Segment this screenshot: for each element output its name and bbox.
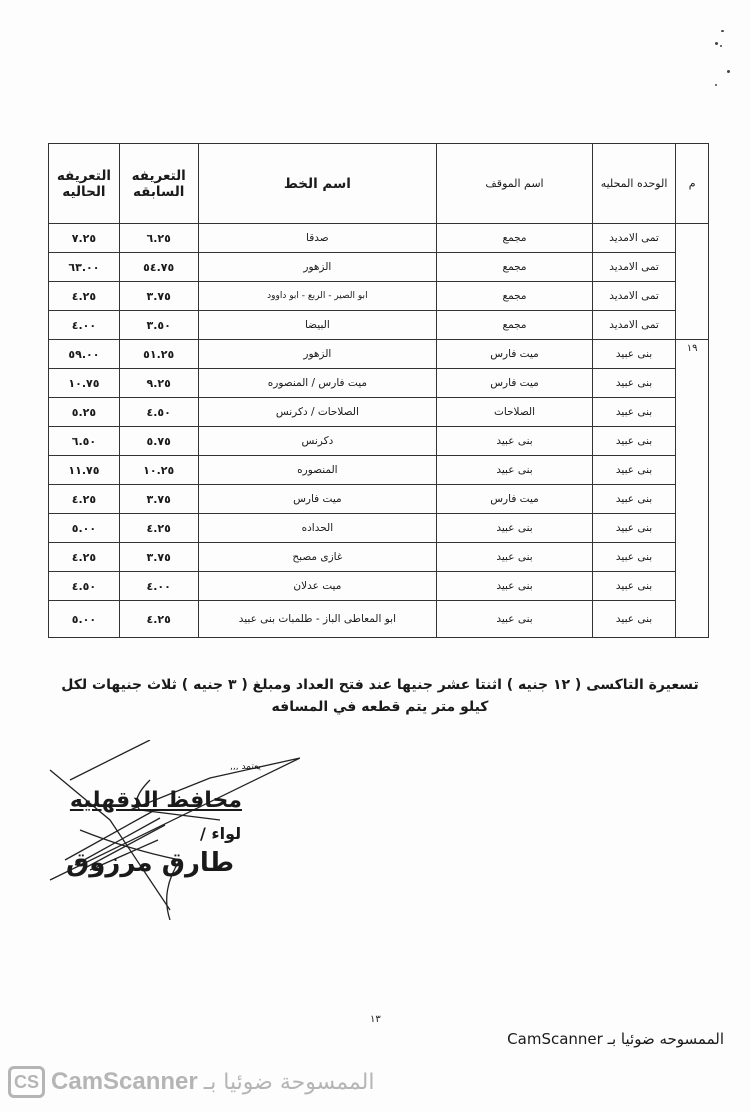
cur-fare-cell: ١١.٧٥: [49, 456, 120, 485]
prev-fare-cell: ٥.٧٥: [119, 427, 198, 456]
watermark-arabic: الممسوحة ضوئيا بـ: [204, 1070, 375, 1095]
cur-fare-cell: ٥.٠٠: [49, 601, 120, 638]
header-local-unit: الوحده المحليه: [592, 144, 675, 224]
table-row: بنى عبيد بنى عبيد المنصوره ١٠.٢٥ ١١.٧٥: [49, 456, 709, 485]
line-cell: الصلاحات / دكرنس: [198, 398, 437, 427]
header-station: اسم الموقف: [437, 144, 593, 224]
camscanner-logo-icon: CS: [8, 1066, 45, 1098]
table-row: تمى الامديد مجمع الزهور ٥٤.٧٥ ٦٣.٠٠: [49, 253, 709, 282]
line-cell: صدقا: [198, 224, 437, 253]
scanned-with-text: الممسوحه ضوئيا بـ CamScanner: [507, 1030, 724, 1048]
line-cell: الزهور: [198, 340, 437, 369]
prev-fare-cell: ٩.٢٥: [119, 369, 198, 398]
station-cell: مجمع: [437, 224, 593, 253]
line-cell: المنصوره: [198, 456, 437, 485]
station-cell: مجمع: [437, 253, 593, 282]
cur-fare-cell: ٤.٠٠: [49, 311, 120, 340]
unit-cell: بنى عبيد: [592, 601, 675, 638]
cur-fare-cell: ٦.٥٠: [49, 427, 120, 456]
table-row: تمى الامديد مجمع صدقا ٦.٢٥ ٧.٢٥: [49, 224, 709, 253]
approval-label: يعتمد ,,,: [230, 762, 261, 772]
table-row: بنى عبيد بنى عبيد دكرنس ٥.٧٥ ٦.٥٠: [49, 427, 709, 456]
station-cell: ميت فارس: [437, 369, 593, 398]
cur-fare-cell: ٥٩.٠٠: [49, 340, 120, 369]
table-row: بنى عبيد ميت فارس ميت فارس / المنصوره ٩.…: [49, 369, 709, 398]
unit-cell: تمى الامديد: [592, 224, 675, 253]
prev-fare-cell: ٣.٧٥: [119, 282, 198, 311]
signatory-name: طارق مرزوق: [66, 848, 234, 878]
line-cell: ابو الصير - الربع - ابو داوود: [198, 282, 437, 311]
header-current-fare: التعريفه الحاليه: [49, 144, 120, 224]
table-row: بنى عبيد بنى عبيد ميت عدلان ٤.٠٠ ٤.٥٠: [49, 572, 709, 601]
line-cell: البيضا: [198, 311, 437, 340]
station-cell: الصلاحات: [437, 398, 593, 427]
cur-fare-cell: ٦٣.٠٠: [49, 253, 120, 282]
unit-cell: بنى عبيد: [592, 398, 675, 427]
prev-fare-cell: ٤.٢٥: [119, 514, 198, 543]
table-row: بنى عبيد بنى عبيد ابو المعاطى الباز - طل…: [49, 601, 709, 638]
table-row: بنى عبيد بنى عبيد الحداده ٤.٢٥ ٥.٠٠: [49, 514, 709, 543]
line-cell: ميت عدلان: [198, 572, 437, 601]
prev-fare-cell: ٥١.٢٥: [119, 340, 198, 369]
table-row: بنى عبيد بنى عبيد غازى مصبح ٣.٧٥ ٤.٢٥: [49, 543, 709, 572]
station-cell: مجمع: [437, 311, 593, 340]
prev-fare-cell: ٤.٠٠: [119, 572, 198, 601]
unit-cell: تمى الامديد: [592, 282, 675, 311]
taxi-fare-note: تسعيرة التاكسى ( ١٢ جنيه ) اثنتا عشر جني…: [60, 674, 700, 718]
cur-fare-cell: ١٠.٧٥: [49, 369, 120, 398]
unit-cell: بنى عبيد: [592, 514, 675, 543]
line-cell: ابو المعاطى الباز - طلمبات بنى عبيد: [198, 601, 437, 638]
cur-fare-cell: ٥.٠٠: [49, 514, 120, 543]
header-serial: م: [676, 144, 709, 224]
cur-fare-cell: ٤.٢٥: [49, 282, 120, 311]
unit-cell: تمى الامديد: [592, 311, 675, 340]
station-cell: ميت فارس: [437, 340, 593, 369]
watermark-brand: CamScanner: [51, 1068, 198, 1096]
line-cell: ميت فارس / المنصوره: [198, 369, 437, 398]
unit-cell: بنى عبيد: [592, 572, 675, 601]
unit-cell: تمى الامديد: [592, 253, 675, 282]
station-cell: بنى عبيد: [437, 543, 593, 572]
prev-fare-cell: ٥٤.٧٥: [119, 253, 198, 282]
unit-cell: بنى عبيد: [592, 456, 675, 485]
table-row: تمى الامديد مجمع البيضا ٣.٥٠ ٤.٠٠: [49, 311, 709, 340]
cur-fare-cell: ٤.٢٥: [49, 485, 120, 514]
prev-fare-cell: ٤.٥٠: [119, 398, 198, 427]
prev-fare-cell: ٣.٧٥: [119, 543, 198, 572]
prev-fare-cell: ٦.٢٥: [119, 224, 198, 253]
taxi-note-line-1: تسعيرة التاكسى ( ١٢ جنيه ) اثنتا عشر جني…: [60, 674, 700, 696]
handwritten-signature-icon: [40, 740, 300, 920]
station-cell: بنى عبيد: [437, 456, 593, 485]
serial-cell: [676, 224, 709, 340]
unit-cell: بنى عبيد: [592, 340, 675, 369]
station-cell: ميت فارس: [437, 485, 593, 514]
line-cell: الزهور: [198, 253, 437, 282]
prev-fare-cell: ٤.٢٥: [119, 601, 198, 638]
cur-fare-cell: ٥.٢٥: [49, 398, 120, 427]
table-row: بنى عبيد ميت فارس ميت فارس ٣.٧٥ ٤.٢٥: [49, 485, 709, 514]
unit-cell: بنى عبيد: [592, 543, 675, 572]
table-row: بنى عبيد الصلاحات الصلاحات / دكرنس ٤.٥٠ …: [49, 398, 709, 427]
table-row: ١٩ بنى عبيد ميت فارس الزهور ٥١.٢٥ ٥٩.٠٠: [49, 340, 709, 369]
line-cell: ميت فارس: [198, 485, 437, 514]
line-cell: غازى مصبح: [198, 543, 437, 572]
prev-fare-cell: ١٠.٢٥: [119, 456, 198, 485]
prev-fare-cell: ٣.٧٥: [119, 485, 198, 514]
cur-fare-cell: ٤.٢٥: [49, 543, 120, 572]
page-number: ١٣: [370, 1014, 381, 1025]
table-row: تمى الامديد مجمع ابو الصير - الربع - ابو…: [49, 282, 709, 311]
unit-cell: بنى عبيد: [592, 427, 675, 456]
fares-table: م الوحده المحليه اسم الموقف اسم الخط الت…: [48, 143, 709, 638]
cur-fare-cell: ٧.٢٥: [49, 224, 120, 253]
line-cell: دكرنس: [198, 427, 437, 456]
governor-title: محافظ الدقهليه: [62, 788, 242, 813]
unit-cell: بنى عبيد: [592, 485, 675, 514]
header-line-name: اسم الخط: [198, 144, 437, 224]
station-cell: بنى عبيد: [437, 427, 593, 456]
rank-label: لواء /: [200, 824, 241, 843]
line-cell: الحداده: [198, 514, 437, 543]
station-cell: مجمع: [437, 282, 593, 311]
station-cell: بنى عبيد: [437, 514, 593, 543]
serial-cell: ١٩: [676, 340, 709, 638]
unit-cell: بنى عبيد: [592, 369, 675, 398]
camscanner-watermark: CS CamScanner الممسوحة ضوئيا بـ: [8, 1062, 374, 1102]
table-header-row: م الوحده المحليه اسم الموقف اسم الخط الت…: [49, 144, 709, 224]
taxi-note-line-2: كيلو متر يتم قطعه في المسافه: [60, 696, 700, 718]
cur-fare-cell: ٤.٥٠: [49, 572, 120, 601]
station-cell: بنى عبيد: [437, 572, 593, 601]
station-cell: بنى عبيد: [437, 601, 593, 638]
prev-fare-cell: ٣.٥٠: [119, 311, 198, 340]
header-previous-fare: التعريفه السابقه: [119, 144, 198, 224]
